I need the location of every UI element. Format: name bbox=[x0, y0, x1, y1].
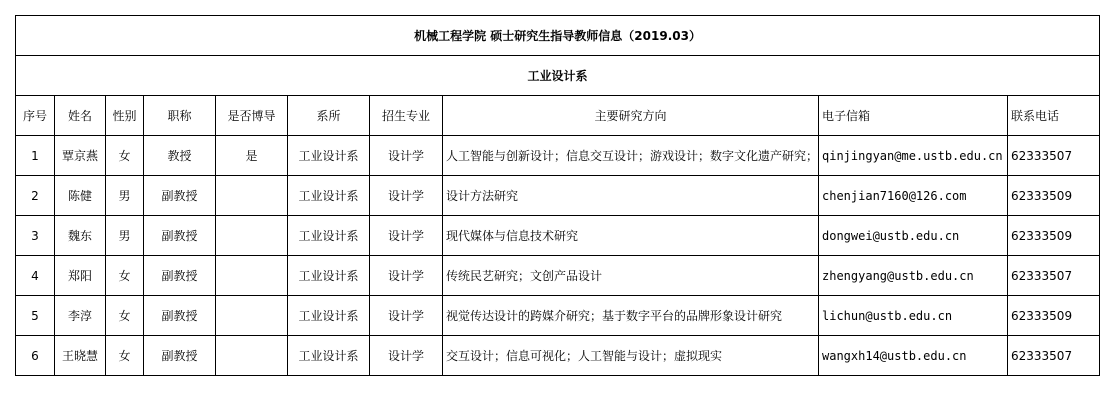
cell-email: lichun@ustb.edu.cn bbox=[819, 296, 1008, 336]
department-row: 工业设计系 bbox=[16, 56, 1100, 96]
cell-title: 副教授 bbox=[144, 176, 216, 216]
table-row: 3 魏东 男 副教授 工业设计系 设计学 现代媒体与信息技术研究 dongwei… bbox=[16, 216, 1100, 256]
cell-major: 设计学 bbox=[370, 136, 443, 176]
cell-name: 魏东 bbox=[55, 216, 106, 256]
cell-name: 郑阳 bbox=[55, 256, 106, 296]
cell-gender: 女 bbox=[106, 136, 144, 176]
cell-dept: 工业设计系 bbox=[288, 256, 370, 296]
col-header-no: 序号 bbox=[16, 96, 55, 136]
col-header-title: 职称 bbox=[144, 96, 216, 136]
cell-dept: 工业设计系 bbox=[288, 176, 370, 216]
col-header-phd: 是否博导 bbox=[216, 96, 288, 136]
cell-major: 设计学 bbox=[370, 216, 443, 256]
cell-phone: 62333507 bbox=[1008, 136, 1100, 176]
cell-phone: 62333509 bbox=[1008, 216, 1100, 256]
cell-research: 视觉传达设计的跨媒介研究；基于数字平台的品牌形象设计研究 bbox=[443, 296, 819, 336]
table-row: 5 李淳 女 副教授 工业设计系 设计学 视觉传达设计的跨媒介研究；基于数字平台… bbox=[16, 296, 1100, 336]
cell-phd: 是 bbox=[216, 136, 288, 176]
cell-phd bbox=[216, 216, 288, 256]
cell-name: 王晓慧 bbox=[55, 336, 106, 376]
table-row: 2 陈健 男 副教授 工业设计系 设计学 设计方法研究 chenjian7160… bbox=[16, 176, 1100, 216]
title-row: 机械工程学院 硕士研究生指导教师信息（2019.03） bbox=[16, 16, 1100, 56]
table-row: 4 郑阳 女 副教授 工业设计系 设计学 传统民艺研究；文创产品设计 zheng… bbox=[16, 256, 1100, 296]
cell-title: 副教授 bbox=[144, 296, 216, 336]
cell-research: 传统民艺研究；文创产品设计 bbox=[443, 256, 819, 296]
col-header-gender: 性别 bbox=[106, 96, 144, 136]
col-header-phone: 联系电话 bbox=[1008, 96, 1100, 136]
cell-gender: 女 bbox=[106, 256, 144, 296]
cell-email: chenjian7160@126.com bbox=[819, 176, 1008, 216]
cell-no: 4 bbox=[16, 256, 55, 296]
cell-gender: 男 bbox=[106, 176, 144, 216]
table-row: 1 覃京燕 女 教授 是 工业设计系 设计学 人工智能与创新设计；信息交互设计；… bbox=[16, 136, 1100, 176]
cell-no: 2 bbox=[16, 176, 55, 216]
col-header-major: 招生专业 bbox=[370, 96, 443, 136]
cell-name: 李淳 bbox=[55, 296, 106, 336]
col-header-email: 电子信箱 bbox=[819, 96, 1008, 136]
col-header-name: 姓名 bbox=[55, 96, 106, 136]
cell-research: 交互设计；信息可视化；人工智能与设计；虚拟现实 bbox=[443, 336, 819, 376]
page-title: 机械工程学院 硕士研究生指导教师信息（2019.03） bbox=[16, 16, 1100, 56]
cell-email: zhengyang@ustb.edu.cn bbox=[819, 256, 1008, 296]
cell-dept: 工业设计系 bbox=[288, 336, 370, 376]
cell-major: 设计学 bbox=[370, 256, 443, 296]
cell-gender: 男 bbox=[106, 216, 144, 256]
cell-research: 人工智能与创新设计；信息交互设计；游戏设计；数字文化遗产研究； bbox=[443, 136, 819, 176]
cell-phone: 62333509 bbox=[1008, 176, 1100, 216]
cell-phone: 62333507 bbox=[1008, 256, 1100, 296]
cell-title: 副教授 bbox=[144, 336, 216, 376]
cell-dept: 工业设计系 bbox=[288, 216, 370, 256]
cell-phone: 62333507 bbox=[1008, 336, 1100, 376]
department-heading: 工业设计系 bbox=[16, 56, 1100, 96]
cell-phd bbox=[216, 256, 288, 296]
cell-gender: 女 bbox=[106, 336, 144, 376]
cell-research: 设计方法研究 bbox=[443, 176, 819, 216]
col-header-research: 主要研究方向 bbox=[443, 96, 819, 136]
table-row: 6 王晓慧 女 副教授 工业设计系 设计学 交互设计；信息可视化；人工智能与设计… bbox=[16, 336, 1100, 376]
cell-major: 设计学 bbox=[370, 296, 443, 336]
cell-title: 副教授 bbox=[144, 216, 216, 256]
cell-title: 教授 bbox=[144, 136, 216, 176]
cell-no: 1 bbox=[16, 136, 55, 176]
col-header-dept: 系所 bbox=[288, 96, 370, 136]
advisor-table: 机械工程学院 硕士研究生指导教师信息（2019.03） 工业设计系 序号 姓名 … bbox=[15, 15, 1100, 376]
cell-no: 3 bbox=[16, 216, 55, 256]
cell-major: 设计学 bbox=[370, 176, 443, 216]
cell-name: 覃京燕 bbox=[55, 136, 106, 176]
cell-email: wangxh14@ustb.edu.cn bbox=[819, 336, 1008, 376]
cell-email: qinjingyan@me.ustb.edu.cn bbox=[819, 136, 1008, 176]
cell-email: dongwei@ustb.edu.cn bbox=[819, 216, 1008, 256]
cell-phone: 62333509 bbox=[1008, 296, 1100, 336]
header-row: 序号 姓名 性别 职称 是否博导 系所 招生专业 主要研究方向 电子信箱 联系电… bbox=[16, 96, 1100, 136]
cell-no: 6 bbox=[16, 336, 55, 376]
cell-phd bbox=[216, 296, 288, 336]
cell-dept: 工业设计系 bbox=[288, 136, 370, 176]
cell-phd bbox=[216, 336, 288, 376]
cell-dept: 工业设计系 bbox=[288, 296, 370, 336]
cell-name: 陈健 bbox=[55, 176, 106, 216]
cell-phd bbox=[216, 176, 288, 216]
cell-title: 副教授 bbox=[144, 256, 216, 296]
cell-no: 5 bbox=[16, 296, 55, 336]
cell-gender: 女 bbox=[106, 296, 144, 336]
cell-research: 现代媒体与信息技术研究 bbox=[443, 216, 819, 256]
cell-major: 设计学 bbox=[370, 336, 443, 376]
